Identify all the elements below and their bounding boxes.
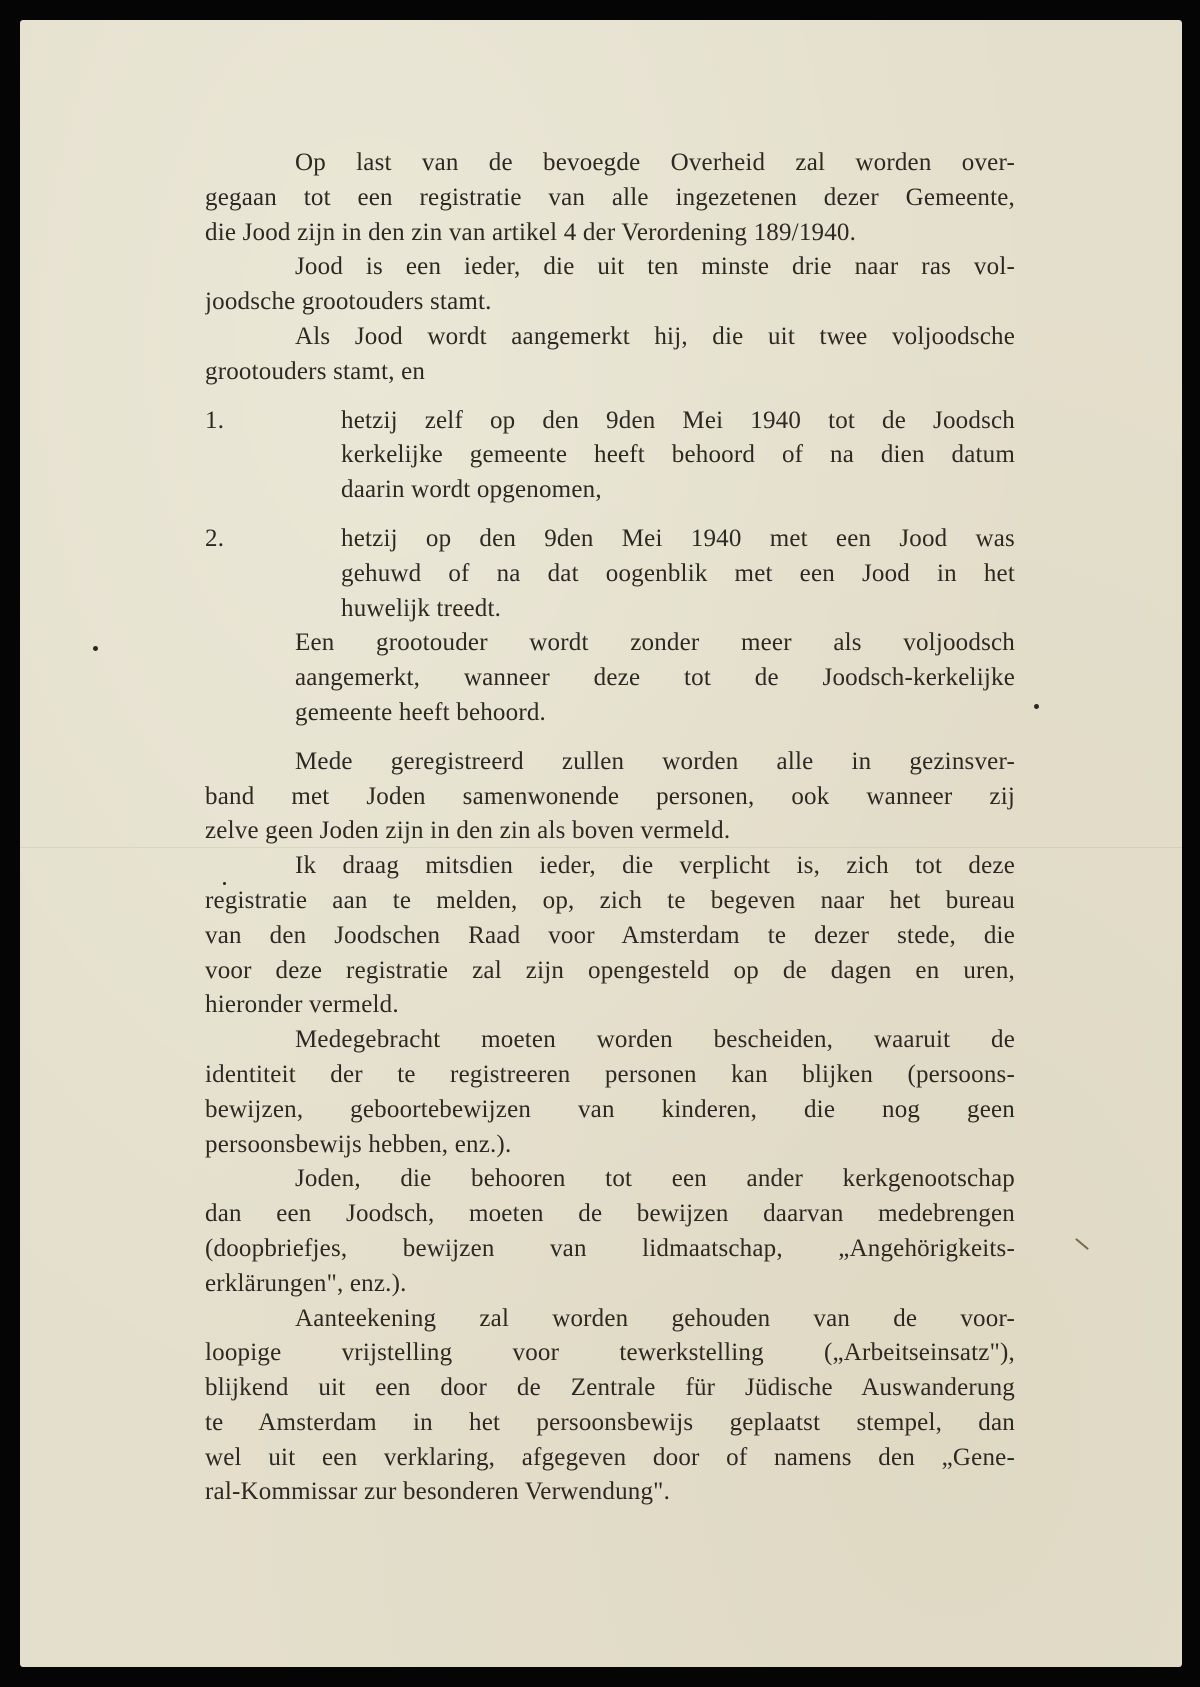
text-line: voor deze registratie zal zijn opengeste… — [205, 954, 1015, 989]
text-line: huwelijk treedt. — [341, 592, 1015, 627]
list-item: 1. hetzij zelf op den 9den Mei 1940 tot … — [205, 404, 1015, 508]
text-line: ral-Kommissar zur besonderen Verwendung"… — [205, 1475, 1015, 1510]
text-line: gemeente heeft behoord. — [295, 696, 1015, 731]
paragraph-considered-jew: Als Jood wordt aangemerkt hij, die uit t… — [205, 320, 1015, 390]
paragraph-exemption-note: Aanteekening zal worden gehouden van de … — [205, 1302, 1015, 1511]
text-line: Op last van de bevoegde Overheid zal wor… — [205, 146, 1015, 181]
text-line: Ik draag mitsdien ieder, die verplicht i… — [205, 849, 1015, 884]
text-line: Aanteekening zal worden gehouden van de … — [205, 1302, 1015, 1337]
text-line: gehuwd of na dat oogenblik met een Jood … — [341, 557, 1015, 592]
text-line: loopige vrijstelling voor tewerkstelling… — [205, 1336, 1015, 1371]
paragraph-jew-definition: Jood is een ieder, die uit ten minste dr… — [205, 250, 1015, 320]
paragraph-report-instruction: Ik draag mitsdien ieder, die verplicht i… — [205, 849, 1015, 1023]
text-line: te Amsterdam in het persoonsbewijs gepla… — [205, 1406, 1015, 1441]
text-line: Jood is een ieder, die uit ten minste dr… — [205, 250, 1015, 285]
text-line: Medegebracht moeten worden bescheiden, w… — [205, 1023, 1015, 1058]
paragraph-household-members: Mede geregistreerd zullen worden alle in… — [205, 745, 1015, 849]
paragraph-other-denomination: Joden, die behooren tot een ander kerkge… — [205, 1162, 1015, 1301]
text-line: joodsche grootouders stamt. — [205, 285, 1015, 320]
text-line: blijkend uit een door de Zentrale für Jü… — [205, 1371, 1015, 1406]
text-line: kerkelijke gemeente heeft behoord of na … — [341, 438, 1015, 473]
text-line: Een grootouder wordt zonder meer als vol… — [295, 626, 1015, 661]
margin-dot — [93, 646, 98, 651]
text-line: Mede geregistreerd zullen worden alle in… — [205, 745, 1015, 780]
text-line: daarin wordt opgenomen, — [341, 473, 1015, 508]
paragraph-registration-order: Op last van de bevoegde Overheid zal wor… — [205, 146, 1015, 250]
text-line: bewijzen, geboortebewijzen van kinderen,… — [205, 1093, 1015, 1128]
text-line: wel uit een verklaring, afgegeven door o… — [205, 1441, 1015, 1476]
paragraph-grandparent-note: Een grootouder wordt zonder meer als vol… — [205, 626, 1015, 730]
document-page: Op last van de bevoegde Overheid zal wor… — [20, 20, 1182, 1667]
margin-dot — [1034, 704, 1039, 709]
list-number: 2. — [205, 522, 341, 557]
text-line: gegaan tot een registratie van alle inge… — [205, 181, 1015, 216]
text-line: (doopbriefjes, bewijzen van lidmaatschap… — [205, 1232, 1015, 1267]
text-line: Joden, die behooren tot een ander kerkge… — [205, 1162, 1015, 1197]
text-line: hieronder vermeld. — [205, 988, 1015, 1023]
list-item: 2. hetzij op den 9den Mei 1940 met een J… — [205, 522, 1015, 626]
list-number: 1. — [205, 404, 341, 439]
document-body: Op last van de bevoegde Overheid zal wor… — [205, 146, 1015, 1510]
text-line: hetzij op den 9den Mei 1940 met een Jood… — [341, 522, 1015, 557]
text-line: erklärungen", enz.). — [205, 1267, 1015, 1302]
text-line: van den Joodschen Raad voor Amsterdam te… — [205, 919, 1015, 954]
text-line: persoonsbewijs hebben, enz.). — [205, 1128, 1015, 1163]
text-line: band met Joden samenwonende personen, oo… — [205, 780, 1015, 815]
text-line: dan een Joodsch, moeten de bewijzen daar… — [205, 1197, 1015, 1232]
text-line: aangemerkt, wanneer deze tot de Joodsch-… — [295, 661, 1015, 696]
text-line: identiteit der te registreeren personen … — [205, 1058, 1015, 1093]
text-line: zelve geen Joden zijn in den zin als bov… — [205, 814, 1015, 849]
text-line: grootouders stamt, en — [205, 355, 1015, 390]
text-line: die Jood zijn in den zin van artikel 4 d… — [205, 216, 1015, 251]
text-line: registratie aan te melden, op, zich te b… — [205, 884, 1015, 919]
paper-blemish — [1075, 1238, 1089, 1250]
text-line: Als Jood wordt aangemerkt hij, die uit t… — [205, 320, 1015, 355]
text-line: hetzij zelf op den 9den Mei 1940 tot de … — [341, 404, 1015, 439]
paragraph-documents-required: Medegebracht moeten worden bescheiden, w… — [205, 1023, 1015, 1162]
